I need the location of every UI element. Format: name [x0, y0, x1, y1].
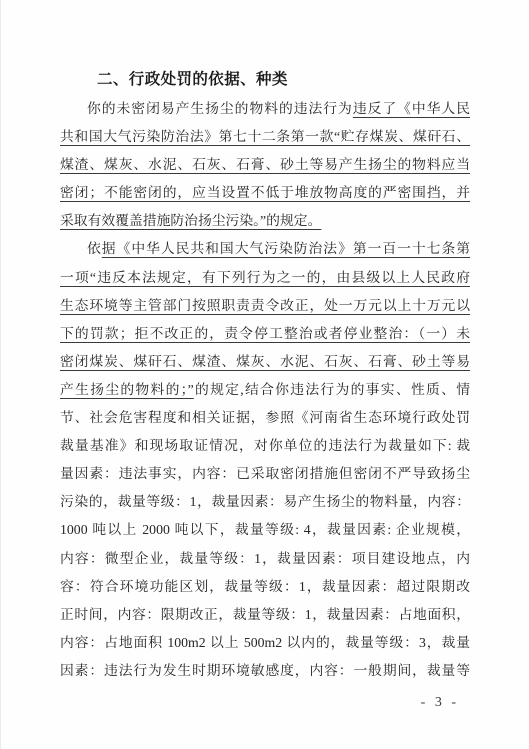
- underlined-text: 密闭煤炭、煤矸石、煤渣、煤灰、水泥、石灰、石膏、砂土等易: [60, 354, 470, 369]
- plain-text: 依: [87, 241, 102, 256]
- text-line: 共和国大气污染防治法》第七十二条第一款“贮存煤炭、煤矸石、: [60, 123, 470, 151]
- plain-text: 裁量基准》和现场取证情况，对你单位的违法行为裁量如下: 裁: [60, 438, 470, 453]
- text-line: 量因素：违法事实，内容：已采取密闭措施但密闭不严导致扬尘: [60, 460, 470, 488]
- plain-text: 1000 吨以上 2000 吨以下，裁量等级: 4，裁量因素: 企业规模，: [60, 522, 470, 537]
- text-line: 正时间，内容：限期改正，裁量等级：1，裁量因素：占地面积，: [60, 601, 470, 629]
- text-line: 依据《中华人民共和国大气污染防治法》第一百一十七条第: [60, 235, 470, 263]
- text-line: 密闭；不能密闭的，应当设置不低于堆放物高度的严密围挡，并: [60, 179, 470, 207]
- text-line: 污染的，裁量等级：1，裁量因素：易产生扬尘的物料量，内容：: [60, 488, 470, 516]
- text-line: 容：符合环境功能区划，裁量等级：1，裁量因素：超过限期改: [60, 573, 470, 601]
- plain-text: 正时间，内容：限期改正，裁量等级：1，裁量因素：占地面积，: [60, 607, 470, 622]
- body-text: 二、行政处罚的依据、种类 你的未密闭易产生扬尘的物料的违法行为违反了《中华人民共…: [60, 64, 470, 685]
- text-line: 采取有效覆盖措施防治扬尘污染。”的规定。: [60, 207, 470, 235]
- plain-text: 量因素：违法事实，内容：已采取密闭措施但密闭不严导致扬尘: [60, 466, 470, 481]
- text-line: 下的罚款；拒不改正的，责令停工整治或者停业整治：（一）未: [60, 320, 470, 348]
- underlined-text: 违反了《中华人民: [353, 101, 470, 116]
- plain-text: 容：符合环境功能区划，裁量等级：1，裁量因素：超过限期改: [60, 579, 470, 594]
- plain-text: 因素：违法行为发生时期环境敏感度，内容：一般期间，裁量等: [60, 663, 470, 678]
- underlined-text: 共和国大气污染防治法》第七十二条第一款“贮存煤炭、煤矸石、: [60, 129, 470, 144]
- plain-text: 节、社会危害程度和相关证据，参照《河南省生态环境行政处罚: [60, 410, 470, 425]
- text-line: 因素：违法行为发生时期环境敏感度，内容：一般期间，裁量等: [60, 657, 470, 685]
- underlined-text: 下的罚款；拒不改正的，责令停工整治或者停业整治：（一）未: [60, 326, 470, 341]
- underlined-text: 一项“违反本法规定，有下列行为之一的，由县级以上人民政府: [60, 270, 470, 285]
- underlined-text: 据《中华人民共和国大气污染防治法》第一百一十七条第: [102, 241, 470, 256]
- text-line: 你的未密闭易产生扬尘的物料的违法行为违反了《中华人民: [60, 95, 470, 123]
- text-line: 一项“违反本法规定，有下列行为之一的，由县级以上人民政府: [60, 264, 470, 292]
- plain-text: 内容：占地面积 100m2 以上 500m2 以内的，裁量等级：3，裁量: [60, 635, 470, 650]
- document-title: 二、行政处罚的依据、种类: [60, 64, 470, 95]
- plain-text: 污染的，裁量等级：1，裁量因素：易产生扬尘的物料量，内容：: [60, 494, 470, 509]
- underlined-text: 产生扬尘的物料的；”: [60, 382, 194, 397]
- plain-text: 你的未密闭易产生扬尘的物料的违法行为: [87, 101, 353, 116]
- text-line: 煤渣、煤灰、水泥、石灰、石膏、砂土等易产生扬尘的物料应当: [60, 151, 470, 179]
- text-line: 内容：占地面积 100m2 以上 500m2 以内的，裁量等级：3，裁量: [60, 629, 470, 657]
- text-line: 密闭煤炭、煤矸石、煤渣、煤灰、水泥、石灰、石膏、砂土等易: [60, 348, 470, 376]
- text-line: 裁量基准》和现场取证情况，对你单位的违法行为裁量如下: 裁: [60, 432, 470, 460]
- text-line: 1000 吨以上 2000 吨以下，裁量等级: 4，裁量因素: 企业规模，: [60, 516, 470, 544]
- plain-text: 的规定,结合你违法行为的事实、性质、情: [194, 382, 470, 397]
- underlined-text: 密闭；不能密闭的，应当设置不低于堆放物高度的严密围挡，并: [60, 185, 470, 200]
- text-line: 节、社会危害程度和相关证据，参照《河南省生态环境行政处罚: [60, 404, 470, 432]
- underlined-text: 采取有效覆盖措施防治扬尘污染。”的规定。: [60, 213, 321, 228]
- text-line: 产生扬尘的物料的；”的规定,结合你违法行为的事实、性质、情: [60, 376, 470, 404]
- page-number: - 3 -: [421, 695, 459, 711]
- plain-text: 内容：微型企业，裁量等级：1，裁量因素：项目建设地点，内: [60, 551, 470, 566]
- text-line: 生态环境等主管部门按照职责责令改正，处一万元以上十万元以: [60, 292, 470, 320]
- underlined-text: 生态环境等主管部门按照职责责令改正，处一万元以上十万元以: [60, 298, 470, 313]
- document-page: 二、行政处罚的依据、种类 你的未密闭易产生扬尘的物料的违法行为违反了《中华人民共…: [0, 0, 529, 749]
- text-line: 内容：微型企业，裁量等级：1，裁量因素：项目建设地点，内: [60, 545, 470, 573]
- underlined-text: 煤渣、煤灰、水泥、石灰、石膏、砂土等易产生扬尘的物料应当: [60, 157, 470, 172]
